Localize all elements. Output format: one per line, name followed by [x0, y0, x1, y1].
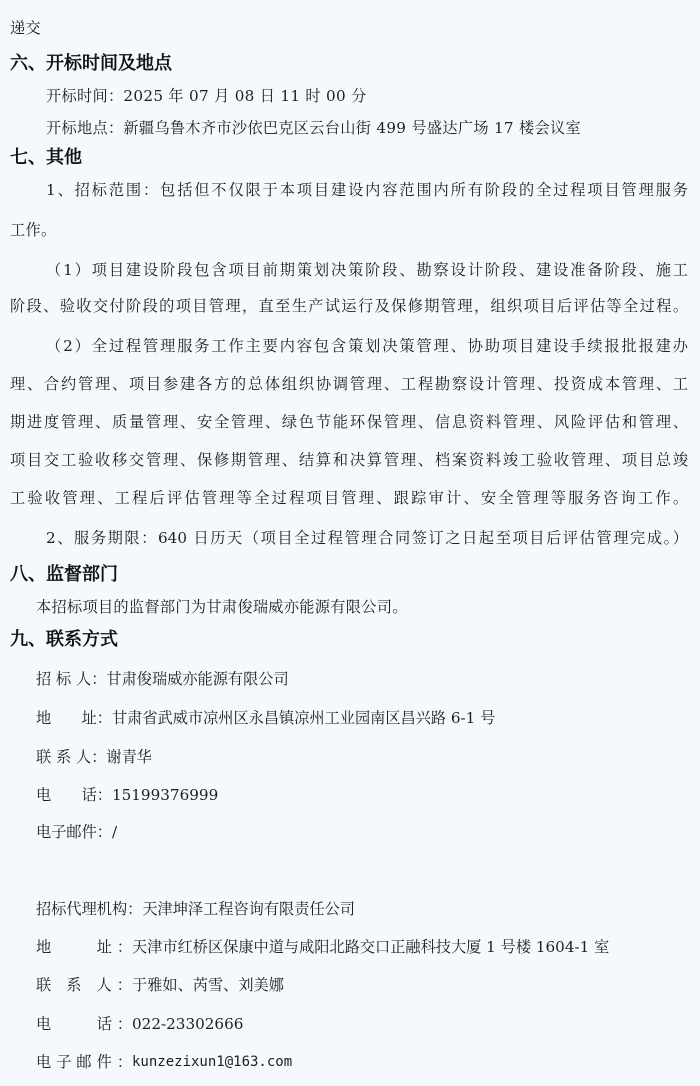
agency-name-row: 招标代理机构： 天津坤泽工程咨询有限责任公司: [36, 899, 355, 919]
agency-address-row: 地 址： 天津市红桥区保康中道与咸阳北路交口正融科技大厦 1 号楼 1604-1…: [36, 937, 609, 957]
tenderer-address-row: 地 址： 甘肃省武威市凉州区永昌镇凉州工业园南区昌兴路 6-1 号: [36, 708, 495, 728]
agency-contact-row: 联 系 人： 于雅如、芮雪、刘美娜: [36, 975, 284, 995]
agency-address-value: 天津市红桥区保康中道与咸阳北路交口正融科技大厦 1 号楼 1604-1 室: [132, 937, 609, 957]
agency-email-row: 电子邮件： kunzezixun1@163.com: [36, 1052, 292, 1072]
section-eight-heading: 八、监督部门: [10, 564, 118, 586]
opening-place: 开标地点：新疆乌鲁木齐市沙依巴克区云台山街 499 号盛达广场 17 楼会议室: [46, 118, 581, 138]
tenderer-contact-row: 联 系 人： 谢青华: [36, 747, 152, 767]
tenderer-phone-row: 电 话： 15199376999: [36, 785, 218, 805]
agency-phone-label: 电 话：: [36, 1014, 132, 1034]
tenderer-phone-label: 电 话：: [36, 785, 112, 805]
agency-contact-label: 联 系 人：: [36, 975, 132, 995]
continuation-text: 递交: [10, 18, 41, 38]
tenderer-name-row: 招 标 人： 甘肃俊瑞威亦能源有限公司: [36, 669, 289, 689]
tenderer-name-value: 甘肃俊瑞威亦能源有限公司: [106, 669, 288, 689]
opening-time: 开标时间：2025 年 07 月 08 日 11 时 00 分: [46, 86, 367, 106]
item2-line-2: 理、合约管理、项目参建各方的总体组织协调管理、工程勘察设计管理、投资成本管理、工: [10, 374, 688, 394]
item2-line-3: 期进度管理、质量管理、安全管理、绿色节能环保管理、信息资料管理、风险评估和管理、: [10, 412, 688, 432]
agency-email-value[interactable]: kunzezixun1@163.com: [132, 1052, 292, 1072]
tenderer-email-value: /: [112, 822, 117, 842]
item1-line-1: （1）项目建设阶段包含项目前期策划决策阶段、勘察设计阶段、建设准备阶段、施工: [46, 260, 688, 280]
section-seven-heading: 七、其他: [10, 147, 82, 169]
tenderer-email-label: 电子邮件：: [36, 822, 112, 842]
agency-name-value: 天津坤泽工程咨询有限责任公司: [142, 899, 355, 919]
tenderer-contact-value: 谢青华: [106, 747, 152, 767]
tenderer-address-value: 甘肃省武威市凉州区永昌镇凉州工业园南区昌兴路 6-1 号: [112, 708, 495, 728]
scope-line-2: 工作。: [10, 220, 56, 240]
agency-address-label: 地 址：: [36, 937, 132, 957]
agency-contact-value: 于雅如、芮雪、刘美娜: [132, 975, 284, 995]
tenderer-address-label: 地 址：: [36, 708, 112, 728]
tenderer-name-label: 招 标 人：: [36, 669, 106, 689]
agency-email-label: 电子邮件：: [36, 1052, 132, 1072]
tenderer-phone-value: 15199376999: [112, 785, 218, 805]
agency-phone-value: 022-23302666: [132, 1014, 243, 1034]
item2-line-1: （2）全过程管理服务工作主要内容包含策划决策管理、协助项目建设手续报批报建办: [46, 336, 688, 356]
section-six-heading: 六、开标时间及地点: [10, 53, 172, 75]
agency-phone-row: 电 话： 022-23302666: [36, 1014, 243, 1034]
item2-line-5: 工验收管理、工程后评估管理等全过程项目管理、跟踪审计、安全管理等服务咨询工作。: [10, 488, 688, 508]
item1-line-2: 阶段、验收交付阶段的项目管理，直至生产试运行及保修期管理，组织项目后评估等全过程…: [10, 296, 688, 316]
scope-line-1: 1、招标范围：包括但不仅限于本项目建设内容范围内所有阶段的全过程项目管理服务: [46, 180, 688, 200]
tenderer-email-row: 电子邮件： /: [36, 822, 117, 842]
service-period: 2、服务期限：640 日历天（项目全过程管理合同签订之日起至项目后评估管理完成。…: [46, 528, 688, 548]
tenderer-contact-label: 联 系 人：: [36, 747, 106, 767]
supervision-text: 本招标项目的监督部门为甘肃俊瑞威亦能源有限公司。: [36, 597, 408, 617]
section-nine-heading: 九、联系方式: [10, 629, 118, 651]
agency-name-label: 招标代理机构：: [36, 899, 142, 919]
item2-line-4: 项目交工验收移交管理、保修期管理、结算和决算管理、档案资料竣工验收管理、项目总竣: [10, 450, 688, 470]
